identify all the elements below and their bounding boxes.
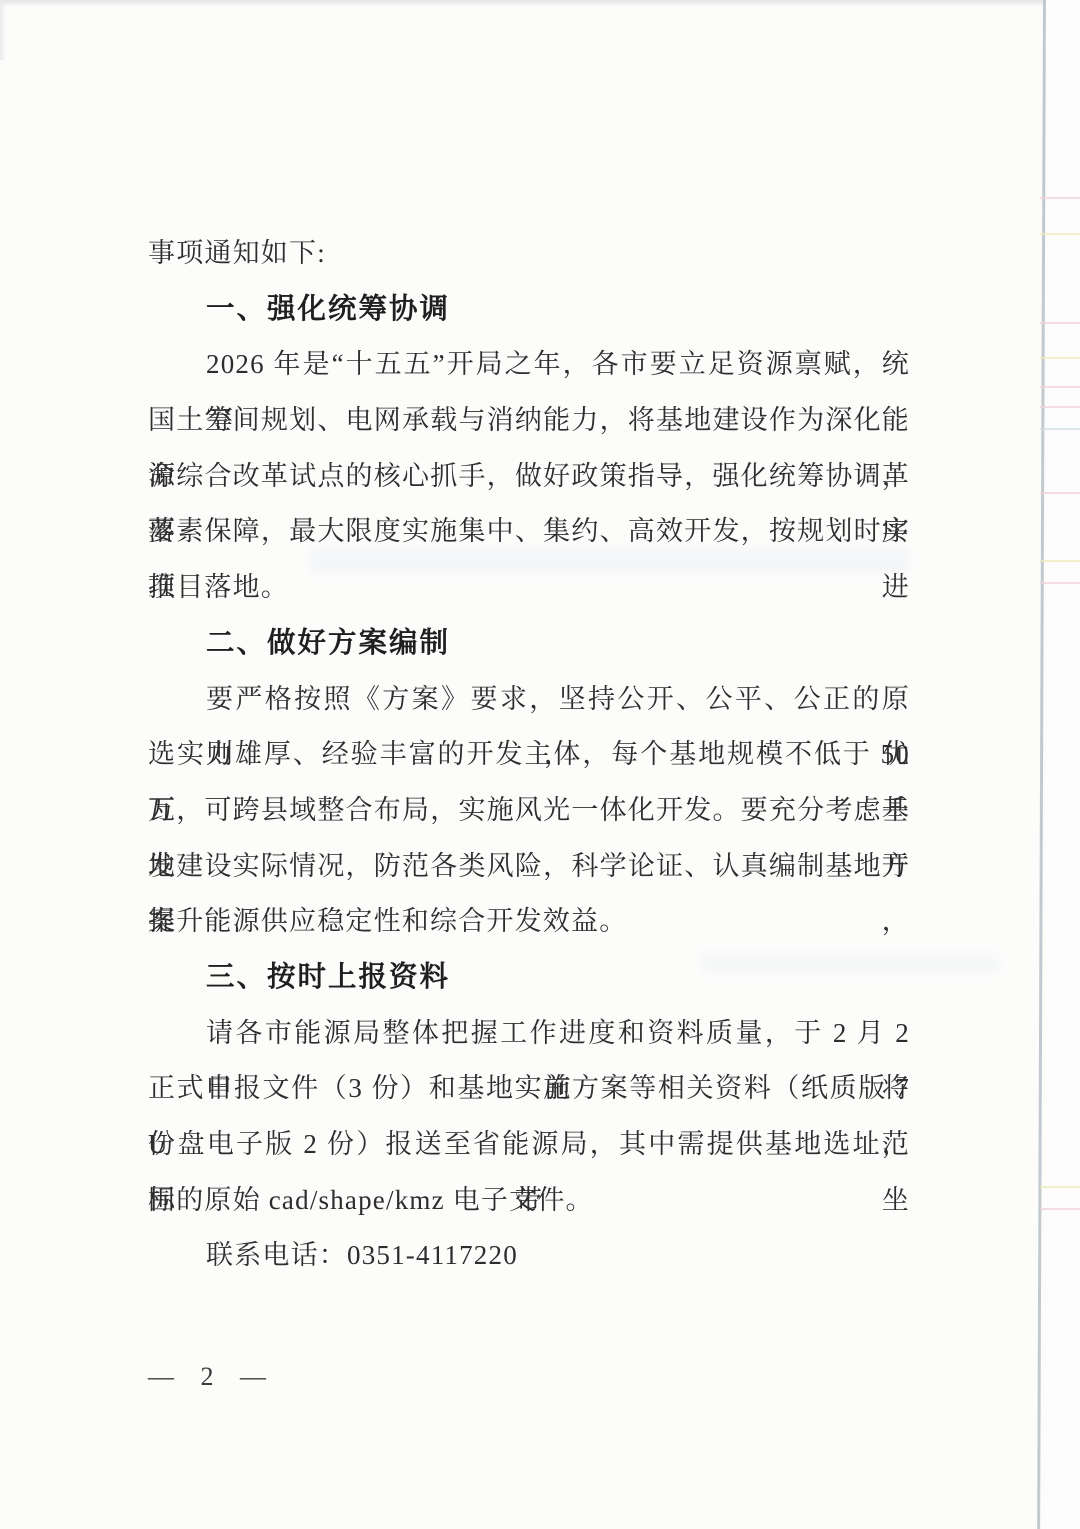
paragraph-line: 命综合改革试点的核心抓手，做好政策指导，强化统筹协调，落实	[148, 449, 910, 505]
scan-streak	[1040, 386, 1080, 388]
scan-streak	[1040, 406, 1080, 408]
paragraph-line: 2026 年是“十五五”开局之年，各市要立足资源禀赋，统筹	[148, 337, 910, 393]
scan-streak	[1040, 428, 1080, 430]
paragraph-line: 请各市能源局整体把握工作进度和资料质量，于 2 月 2 日前将	[148, 1006, 910, 1062]
paragraph-line: 选实力雄厚、经验丰富的开发主体，每个基地规模不低于 50 万千	[148, 727, 910, 783]
paragraph-line: 发建设实际情况，防范各类风险，科学论证、认真编制基地方案，	[148, 839, 910, 895]
paragraph-line: 要素保障，最大限度实施集中、集约、高效开发，按规划时序推进	[148, 504, 910, 560]
section-1-heading: 一、强化统筹协调	[148, 282, 910, 338]
page-number: — 2 —	[148, 1362, 276, 1392]
paragraph-line: 正式申报文件（3 份）和基地实施方案等相关资料（纸质版 7 份，	[148, 1061, 910, 1117]
scan-streak	[1040, 357, 1080, 359]
paragraph-line: 要严格按照《方案》要求，坚持公开、公平、公正的原则，优	[148, 672, 910, 728]
contact-phone-line: 联系电话：0351-4117220	[148, 1228, 910, 1284]
scan-streak	[1040, 233, 1080, 235]
scan-streak	[1040, 197, 1080, 199]
paragraph-line: 瓦，可跨县域整合布局，实施风光一体化开发。要充分考虑基地开	[148, 783, 910, 839]
scan-streak	[1040, 322, 1080, 324]
scan-streak	[1040, 492, 1080, 494]
scan-right-margin	[1046, 0, 1080, 1529]
scan-streak	[1040, 560, 1080, 562]
paragraph-line: U 盘电子版 2 份）报送至省能源局，其中需提供基地选址范围带坐	[148, 1117, 910, 1173]
section-3-heading: 三、按时上报资料	[148, 950, 910, 1006]
scan-edge-left	[0, 0, 6, 60]
scanned-page: 事项通知如下: 一、强化统筹协调 2026 年是“十五五”开局之年，各市要立足资…	[0, 0, 1080, 1529]
page-edge-scan-line	[1037, 0, 1045, 1529]
scan-edge-top	[0, 0, 1080, 7]
paragraph-line: 国土空间规划、电网承载与消纳能力，将基地建设作为深化能源革	[148, 393, 910, 449]
document-body: 事项通知如下: 一、强化统筹协调 2026 年是“十五五”开局之年，各市要立足资…	[148, 226, 910, 1284]
intro-line: 事项通知如下:	[148, 226, 910, 282]
scan-streak	[1040, 582, 1080, 584]
section-2-heading: 二、做好方案编制	[148, 616, 910, 672]
scan-streak	[1040, 1208, 1080, 1210]
scan-streak	[1040, 1186, 1080, 1188]
